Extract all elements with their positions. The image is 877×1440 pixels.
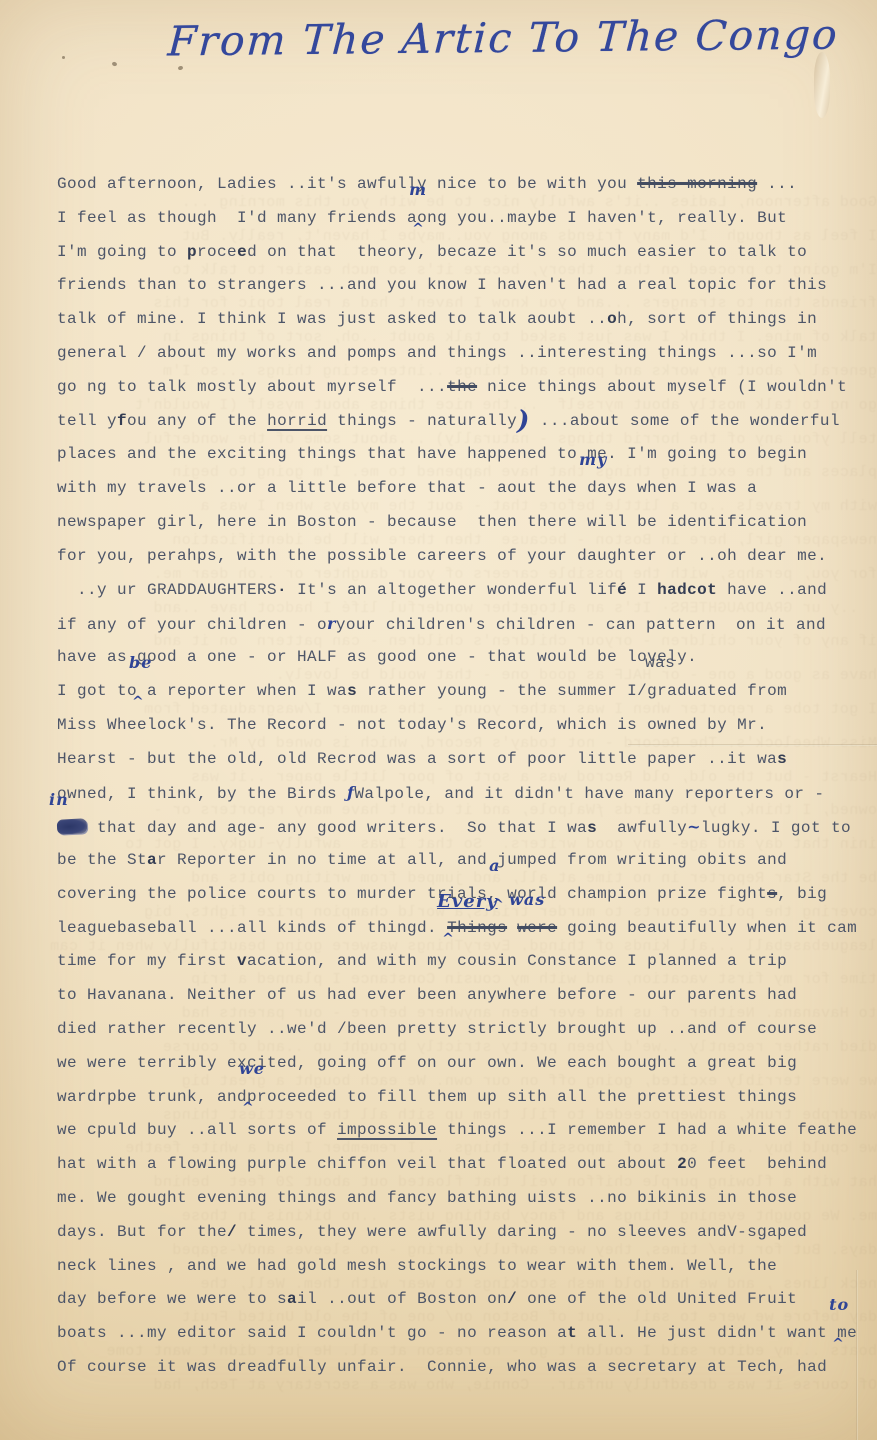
- caret-mark: ^: [242, 1092, 254, 1126]
- typed-text: Walpole, and it didn't have many reporte…: [354, 785, 824, 803]
- typed-text: ong you..maybe I haven't, really. But: [417, 209, 787, 227]
- typed-line: friends than to strangers ...and you kno…: [57, 269, 877, 303]
- caret-mark: ^: [442, 923, 454, 957]
- overtyped-text: e: [237, 243, 247, 261]
- typed-text: friends than to strangers ...and you kno…: [57, 276, 827, 294]
- typescript-body: Good afternoon, Ladies ..it's awfully ni…: [57, 168, 877, 1385]
- typed-text: boats ...my editor said I couldn't go - …: [57, 1324, 567, 1342]
- typed-text: that day and age- any good writers. So t…: [87, 819, 587, 837]
- typed-text: I'm going to: [57, 243, 187, 261]
- typed-text: lugky. I got to: [701, 819, 851, 837]
- overtyped-text: é: [617, 581, 627, 599]
- typed-text: tell y: [57, 412, 117, 430]
- typed-text: died rather recently ..we'd /been pretty…: [57, 1020, 817, 1038]
- typed-text: if any of your children - o: [57, 616, 327, 634]
- typed-text: talk of mine. I think I was just asked t…: [57, 310, 607, 328]
- typed-text: days. But for the: [57, 1223, 227, 1241]
- typed-line: days. But for the/ times, they were awfu…: [57, 1216, 877, 1250]
- overtyped-text: /: [507, 1290, 517, 1308]
- typed-text: acation, and with my cousin Constance I …: [247, 952, 787, 970]
- typed-line: died rather recently ..we'd /been pretty…: [57, 1013, 877, 1047]
- overtyped-text: p: [187, 243, 197, 261]
- typed-text: rather young - the summer I/: [357, 682, 647, 700]
- typed-text: Of course it was dreadfully unfair. Conn…: [57, 1358, 827, 1376]
- typed-text: awfully: [597, 819, 687, 837]
- handwritten-mark: ): [517, 406, 530, 436]
- paper-speck: [178, 65, 184, 70]
- typed-text: graduated from: [647, 682, 787, 700]
- typed-text: all. He just didn't want: [577, 1324, 837, 1342]
- typed-line: talk of mine. I think I was just asked t…: [57, 303, 877, 337]
- typed-text: Hearst - but the old, old Recrod was a s…: [57, 750, 777, 768]
- struck-text: the: [447, 378, 477, 396]
- typed-line: we cpuld buy ..all sorts of impossible t…: [57, 1114, 877, 1148]
- typed-line: wardrpbe trunk, andwe^proceeded to fill …: [57, 1081, 877, 1115]
- typed-line: boats ...my editor said I couldn't go - …: [57, 1317, 877, 1351]
- typed-text: your children's children - can pattern o…: [336, 616, 826, 634]
- typed-line: day before we were to sail ..out of Bost…: [57, 1283, 877, 1317]
- overtyped-text: ·: [277, 581, 287, 599]
- typed-text: one of the old United Fruit: [517, 1290, 797, 1308]
- typed-text: newspaper girl, here in Boston - because…: [57, 513, 807, 531]
- typed-text: I feel as though I'd many friends a: [57, 209, 417, 227]
- handwritten-title: From The Artic To The Congo: [167, 11, 830, 66]
- underlined-text: impossible: [337, 1121, 437, 1139]
- typed-text: be the St: [57, 851, 147, 869]
- typed-line: I got tobe^ a reporter when I was rather…: [57, 675, 877, 709]
- paper-speck: [62, 56, 65, 59]
- handwritten-mark: r: [327, 614, 336, 633]
- typed-line: me. We gought evening things and fancy b…: [57, 1182, 877, 1216]
- scanned-page: Good afternoon, Ladies ..it's awfully ni…: [0, 0, 877, 1440]
- paper-crease-vertical: [856, 1270, 858, 1440]
- typed-text: we were terribly excited, going off on o…: [57, 1054, 797, 1072]
- typed-text: have ..and: [717, 581, 827, 599]
- typed-text: ...: [757, 175, 797, 193]
- overtyped-text: o: [607, 310, 617, 328]
- typed-line: tell yfou any of the horrid things - nat…: [57, 405, 877, 439]
- overtyped-text: a: [287, 1290, 297, 1308]
- struck-text: were: [517, 919, 557, 937]
- caret-mark: ^: [132, 686, 144, 720]
- typed-text: nice things about myself (I wouldn't: [477, 378, 847, 396]
- typed-line: neck lines , and we had gold mesh stocki…: [57, 1250, 877, 1284]
- typed-line: if any of your children - oryour childre…: [57, 607, 877, 641]
- struck-text: s: [767, 885, 777, 903]
- underlined-text: horrid: [267, 412, 327, 430]
- typed-line: have as good a one - or HALF as good one…: [57, 641, 877, 675]
- typed-line: we were terribly excited, going off on o…: [57, 1047, 877, 1081]
- paper-speck: [111, 61, 117, 66]
- typed-text: , big: [777, 885, 827, 903]
- typed-text: to Havanana. Neither of us had ever been…: [57, 986, 797, 1004]
- overtyped-text: s: [347, 682, 357, 700]
- typed-line: leaguebaseball ...all kinds of thingd. E…: [57, 912, 877, 946]
- overtyped-text: a: [147, 851, 157, 869]
- typed-line: ..y ur GRADDAUGHTERS· It's an altogether…: [57, 574, 877, 608]
- typed-line: I'm going to proceed on that theory, bec…: [57, 236, 877, 270]
- typed-text: have as good a one - or HALF as good one…: [57, 648, 697, 666]
- typed-text: r Reporter in no time at all, and jumped…: [157, 851, 787, 869]
- typed-text: I got to: [57, 682, 137, 700]
- typed-text: ..y ur GRADDAUGHTERS: [57, 581, 277, 599]
- typed-text: general / about my works and pomps and t…: [57, 344, 817, 362]
- typed-text: roce: [197, 243, 237, 261]
- typed-line: I feel as though I'd many friends am^ong…: [57, 202, 877, 236]
- typed-text: things ...I remember I had a white feath…: [437, 1121, 857, 1139]
- typed-text: we cpuld buy ..all sorts of: [57, 1121, 337, 1139]
- typed-text: time for my first: [57, 952, 237, 970]
- typed-text: days when I was a: [587, 479, 757, 497]
- caret-mark: ^: [832, 1328, 844, 1362]
- typed-text: places and the exciting things that have…: [57, 445, 807, 463]
- typed-line: Hearst - but the old, old Recrod was a s…: [57, 743, 877, 777]
- typed-text: a reporter when I wa: [137, 682, 347, 700]
- typed-line: newspaper girl, here in Boston - because…: [57, 506, 877, 540]
- typed-text: things - naturally: [327, 412, 517, 430]
- paper-dent-mark: [814, 52, 830, 118]
- overtyped-text: s: [587, 819, 597, 837]
- typed-text: [507, 919, 517, 937]
- typed-text: 0 feet behind: [687, 1155, 827, 1173]
- struck-text: this morning: [637, 175, 757, 193]
- typed-text: d on that theory, becaze it's so much ea…: [247, 243, 807, 261]
- typed-text: It's an altogether wonderful lif: [287, 581, 617, 599]
- typed-text: covering the police courts to murder tri…: [57, 885, 497, 903]
- inked-out-word: [57, 818, 88, 835]
- typed-text: owned, I think, by the Birds: [57, 785, 347, 803]
- typed-line: be the Star Reporter in no time at all, …: [57, 844, 877, 878]
- typed-text: go ng to talk mostly about myrself ...: [57, 378, 447, 396]
- typed-line: Of course it was dreadfully unfair. Conn…: [57, 1351, 877, 1385]
- typed-text: neck lines , and we had gold mesh stocki…: [57, 1257, 777, 1275]
- typed-text: me. We gought evening things and fancy b…: [57, 1189, 797, 1207]
- paper-crease-horizontal: [628, 744, 877, 746]
- typed-text: I: [627, 581, 657, 599]
- caret-mark: ^: [412, 213, 424, 247]
- typed-line: Good afternoon, Ladies ..it's awfully ni…: [57, 168, 877, 202]
- typed-line: places and the exciting things that have…: [57, 438, 877, 472]
- typed-text: ...about some of the wonderful: [530, 412, 840, 430]
- typed-text: leaguebaseball ...all kinds of thingd.: [57, 919, 447, 937]
- typed-text: Good afternoon, Ladies ..it's awfully ni…: [57, 175, 637, 193]
- typed-text: Miss Wheelock's. The Record - not today'…: [57, 716, 767, 734]
- typed-text: ou any of the: [127, 412, 267, 430]
- overtyped-text: s: [777, 750, 787, 768]
- typed-line: general / about my works and pomps and t…: [57, 337, 877, 371]
- handwritten-mark: ~: [687, 817, 701, 836]
- typed-line: hat with a flowing purple chiffon veil t…: [57, 1148, 877, 1182]
- overtyped-text: t: [567, 1324, 577, 1342]
- typed-text: hat with a flowing purple chiffon veil t…: [57, 1155, 677, 1173]
- typed-line: to Havanana. Neither of us had ever been…: [57, 979, 877, 1013]
- overtyped-text: hadcot: [657, 581, 717, 599]
- typed-text: day before we were to s: [57, 1290, 287, 1308]
- typed-text: for you, perahps, with the possible care…: [57, 547, 827, 565]
- typed-text: h, sort of things in: [617, 310, 817, 328]
- overtyped-text: v: [237, 952, 247, 970]
- overtyped-text: /: [227, 1223, 237, 1241]
- typed-text: il ..out of Boston on: [297, 1290, 507, 1308]
- typed-line: for you, perahps, with the possible care…: [57, 540, 877, 574]
- typed-line: with my travels ..or a little before tha…: [57, 472, 877, 506]
- typed-text: proceeded to fill them up sith all the p…: [247, 1088, 797, 1106]
- typed-text: with my travels ..or a little before tha…: [57, 479, 587, 497]
- typed-text: going beautifully when it cam: [557, 919, 857, 937]
- typed-line: owned, I think, by the Birds ƒWalpole, a…: [57, 776, 877, 810]
- typed-line: Miss Wheelock's. The Record - not today'…: [57, 709, 877, 743]
- typed-line: in that day and age- any good writers. S…: [57, 810, 877, 844]
- typed-line: go ng to talk mostly about myrself ...th…: [57, 371, 877, 405]
- overtyped-text: f: [117, 412, 127, 430]
- typed-text: times, they were awfully daring - no sle…: [237, 1223, 807, 1241]
- typed-line: time for my first vacation, and with my …: [57, 945, 877, 979]
- overtyped-text: 2: [677, 1155, 687, 1173]
- typed-text: wardrpbe trunk, and: [57, 1088, 247, 1106]
